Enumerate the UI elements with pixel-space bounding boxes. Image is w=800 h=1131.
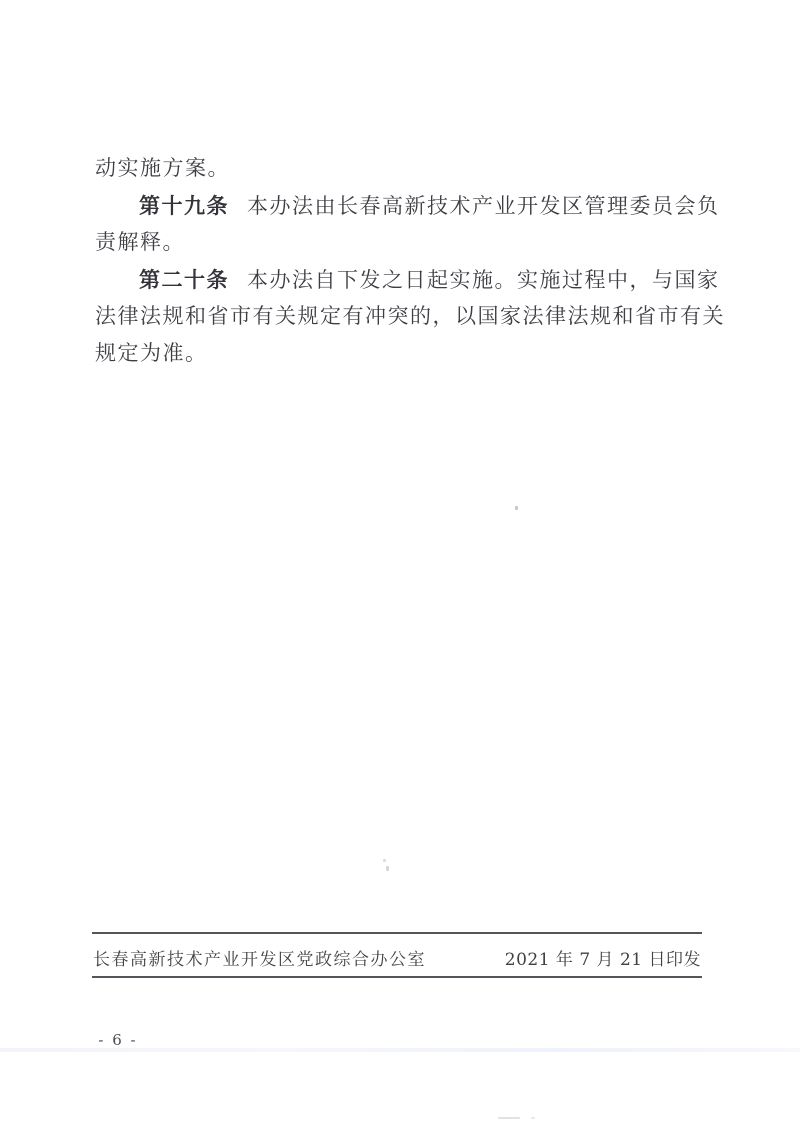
article-20-text: 本办法自下发之日起实施。实施过程中，与国家 bbox=[247, 268, 720, 292]
scan-speck bbox=[515, 506, 518, 510]
scanned-document-page: 动实施方案。 第十九条本办法由长春高新技术产业开发区管理委员会负 责解释。 第二… bbox=[0, 0, 800, 1131]
footer-rule-bottom bbox=[92, 976, 702, 978]
scan-speck bbox=[498, 1117, 520, 1119]
document-body: 动实施方案。 第十九条本办法由长春高新技术产业开发区管理委员会负 责解释。 第二… bbox=[95, 150, 707, 372]
scan-edge-band bbox=[0, 1048, 800, 1052]
colophon-row: 长春高新技术产业开发区党政综合办公室 2021 年 7 月 21 日印发 bbox=[93, 941, 701, 973]
article-20-line-3: 规定为准。 bbox=[95, 335, 707, 372]
scan-speck bbox=[531, 1117, 535, 1119]
page-number: - 6 - bbox=[88, 1031, 148, 1049]
article-20-line-1: 第二十条本办法自下发之日起实施。实施过程中，与国家 bbox=[95, 261, 707, 298]
print-date-label: 2021 年 7 月 21 日印发 bbox=[505, 945, 701, 970]
footer-rule-top bbox=[92, 932, 702, 934]
article-19-line-2: 责解释。 bbox=[95, 224, 707, 261]
article-20-heading: 第二十条 bbox=[139, 267, 229, 292]
continuation-line: 动实施方案。 bbox=[95, 150, 707, 187]
article-20-line-2: 法律法规和省市有关规定有冲突的，以国家法律法规和省市有关 bbox=[95, 298, 707, 335]
scan-speck bbox=[386, 866, 389, 871]
issuing-office-label: 长春高新技术产业开发区党政综合办公室 bbox=[93, 945, 426, 970]
article-19-line-1: 第十九条本办法由长春高新技术产业开发区管理委员会负 bbox=[95, 187, 707, 224]
article-19-text: 本办法由长春高新技术产业开发区管理委员会负 bbox=[247, 194, 720, 218]
article-19-heading: 第十九条 bbox=[139, 193, 229, 218]
scan-speck bbox=[383, 859, 386, 862]
